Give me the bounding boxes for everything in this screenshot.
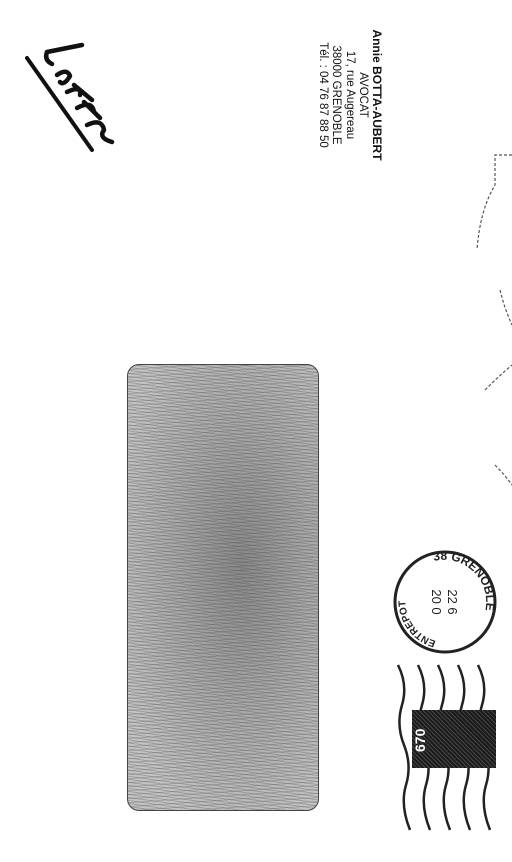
address-window [127, 364, 319, 811]
envelope-flap-edge [455, 140, 512, 560]
sender-city: 38000 GRENOBLE [329, 10, 343, 180]
svg-text:22 6: 22 6 [445, 589, 460, 614]
handwritten-note: Lettre [22, 30, 122, 160]
svg-text:20 0: 20 0 [429, 589, 444, 614]
stamp-value: 670 [412, 718, 430, 762]
sender-title: AVOCAT [356, 10, 370, 180]
sender-address-block: Annie BOTTA-AUBERT AVOCAT 17, rue Augere… [316, 10, 384, 180]
sender-phone: Tél. : 04 76 87 88 50 [316, 10, 330, 180]
postage-stamp: 670 [412, 710, 496, 768]
sender-street: 17, rue Augereau [343, 10, 357, 180]
sender-name: Annie BOTTA-AUBERT [370, 10, 384, 180]
stamp-area: 670 [390, 660, 510, 840]
postmark-cancel: 38 GRENOBLE ENTREPOT 22 6 20 0 [386, 543, 504, 661]
